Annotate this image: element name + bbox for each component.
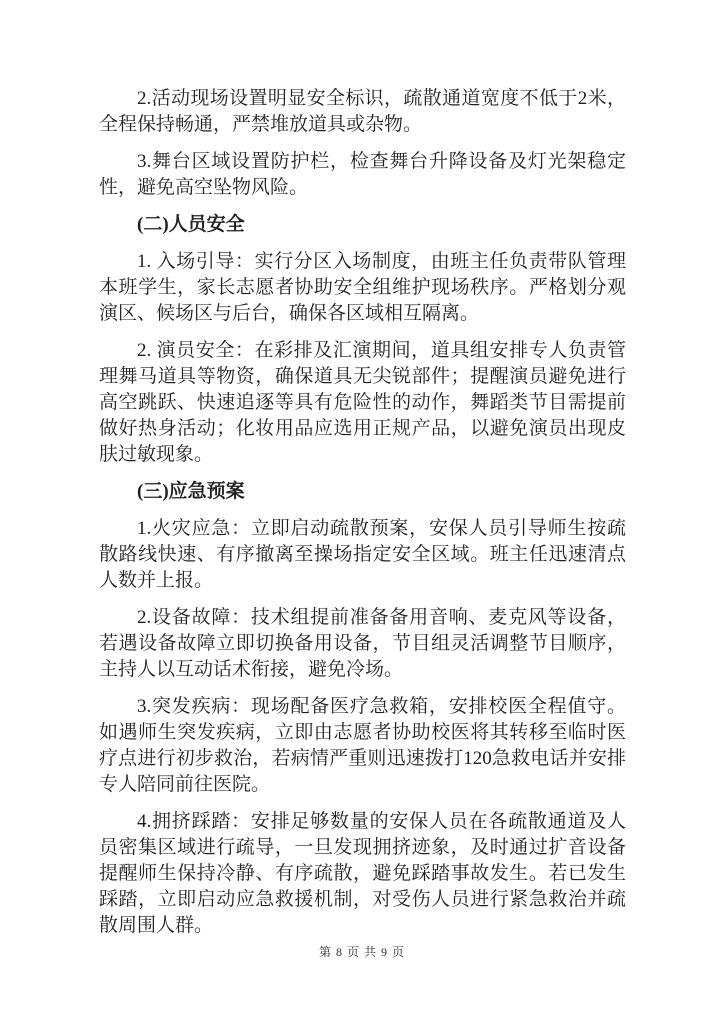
paragraph-crowd-stampede: 4.拥挤踩踏：安排足够数量的安保人员在各疏散通道及人员密集区域进行疏导，一旦发现… [99, 809, 626, 939]
section-heading-personnel-safety: (二)人员安全 [99, 212, 626, 238]
paragraph-fire-emergency: 1.火灾应急：立即启动疏散预案，安保人员引导师生按疏散路线快速、有序撤离至操场指… [99, 516, 626, 594]
section-heading-emergency-plan: (三)应急预案 [99, 479, 626, 505]
document-content: 2.活动现场设置明显安全标识，疏散通道宽度不低于2米，全程保持畅通，严禁堆放道具… [99, 86, 626, 950]
paragraph-stage-protection: 3.舞台区域设置防护栏，检查舞台升降设备及灯光架稳定性，避免高空坠物风险。 [99, 149, 626, 201]
paragraph-sudden-illness: 3.突发疾病：现场配备医疗急救箱，安排校医全程值守。如遇师生突发疾病，立即由志愿… [99, 694, 626, 798]
document-page: 2.活动现场设置明显安全标识，疏散通道宽度不低于2米，全程保持畅通，严禁堆放道具… [0, 0, 724, 1024]
page-number-footer: 第 8 页 共 9 页 [0, 944, 724, 960]
paragraph-entry-guidance: 1. 入场引导：实行分区入场制度，由班主任负责带队管理本班学生，家长志愿者协助安… [99, 249, 626, 327]
paragraph-performer-safety: 2. 演员安全：在彩排及汇演期间，道具组安排专人负责管理舞马道具等物资，确保道具… [99, 338, 626, 468]
paragraph-equipment-failure: 2.设备故障：技术组提前准备备用音响、麦克风等设备，若遇设备故障立即切换备用设备… [99, 605, 626, 683]
paragraph-safety-signs: 2.活动现场设置明显安全标识，疏散通道宽度不低于2米，全程保持畅通，严禁堆放道具… [99, 86, 626, 138]
